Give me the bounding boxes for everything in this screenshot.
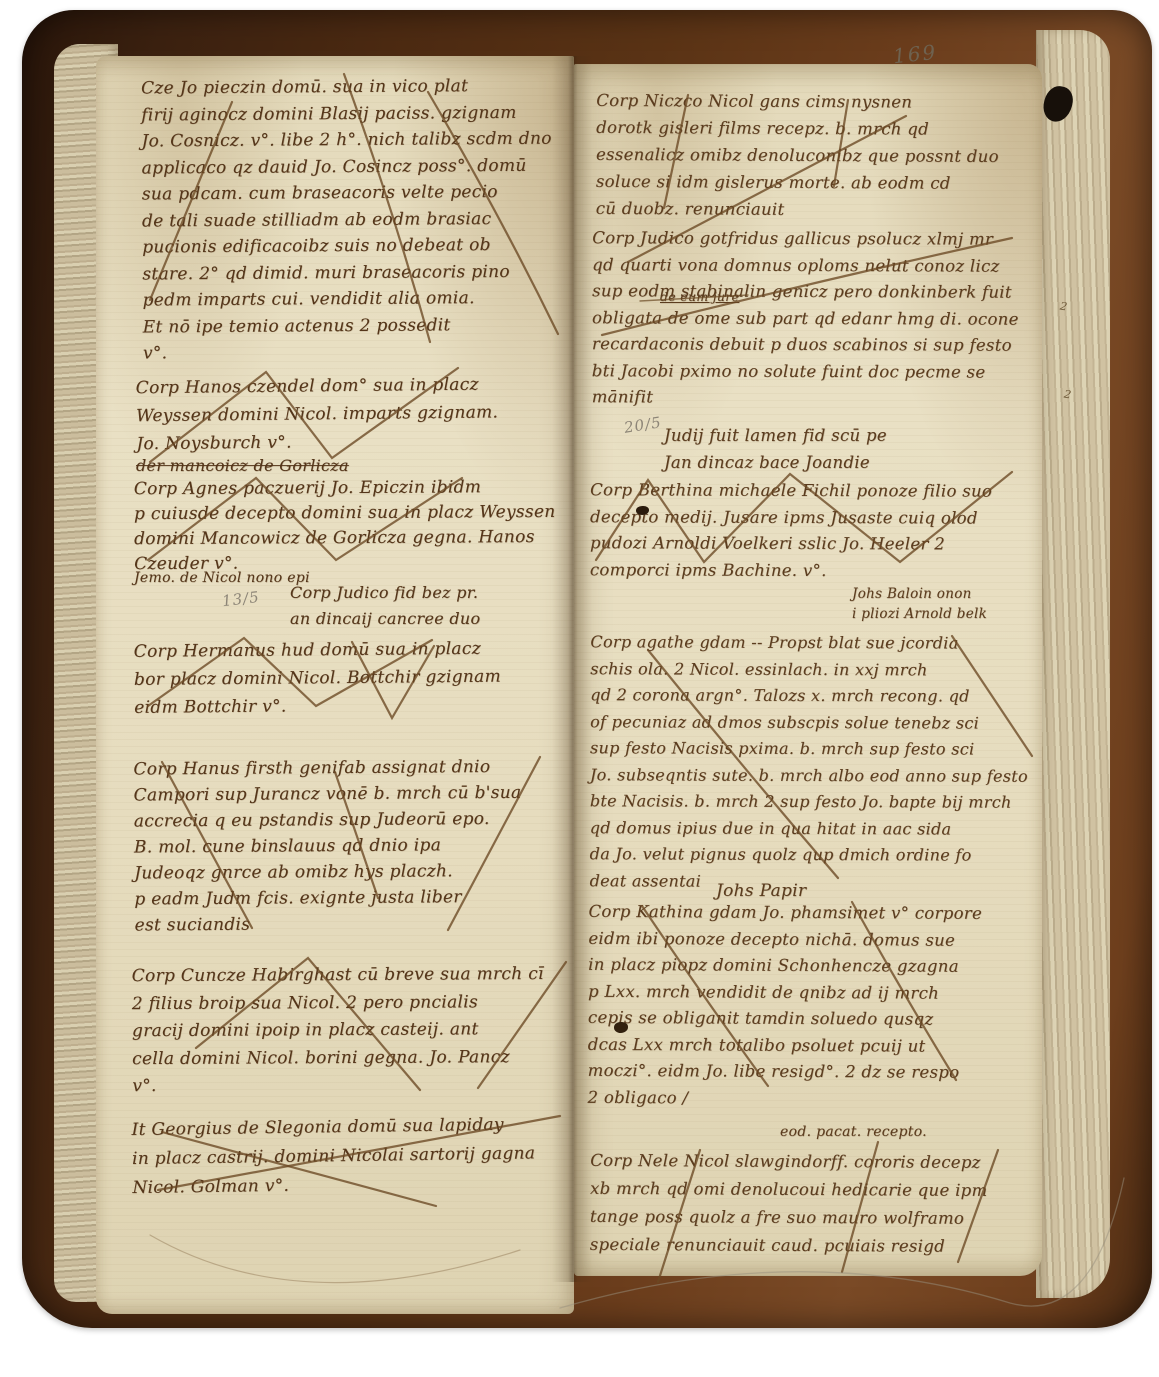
manuscript-entry-right-1: Corp Niczco Nicol gans cims nysnen dorot… (596, 87, 1027, 224)
marginal-note-right: Johs Baloin onon i pliozi Arnold belk (852, 584, 1042, 624)
manuscript-entry-left-2: Corp Hanos czendel dom° sua in placz Wey… (136, 370, 561, 458)
manuscript-book: 169 13/5 20/5 Cze Jo pieczin domū. sua i… (0, 0, 1159, 1377)
manuscript-entry-right-6: Corp agathe gdam -- Propst blat sue jcor… (590, 629, 1039, 896)
manuscript-entry-right-7: Corp Kathina gdam Jo. phamsimet v° corpo… (587, 899, 1034, 1113)
interlinear-note: de eum jure (660, 286, 800, 307)
manuscript-entry-right-2: Corp Judico gotfridus gallicus psolucz x… (592, 225, 1033, 412)
manuscript-entry-right-8: Corp Nele Nicol slawgindorff. cororis de… (590, 1147, 1031, 1261)
entry-heading-2: eod. pacat. recepto. (780, 1122, 1000, 1143)
page-edge-stack-right (1036, 30, 1110, 1298)
manuscript-entry-left-3: Corp Agnes paczuerij Jo. Epiczin ibidm p… (134, 475, 575, 577)
manuscript-entry-left-5: Corp Hermanus hud domū sua in placz bor … (134, 634, 559, 722)
manuscript-entry-right-3: Judij fuit lamen fid scū pe Jan dincaz b… (664, 422, 984, 476)
manuscript-entry-right-4: Corp Berthina michaele Fichil ponoze fil… (590, 477, 1034, 585)
manuscript-entry-left-6: Corp Hanus firsth genifab assignat dnio … (133, 754, 564, 939)
folio-number: 169 (892, 40, 938, 68)
manuscript-entry-left-1: Cze Jo pieczin domū. sua in vico plat fi… (141, 73, 567, 367)
manuscript-entry-left-8: It Georgius de Slegonia domū sua lapiday… (131, 1110, 568, 1203)
manuscript-entry-left-7: Corp Cuncze Habirghast cū breve sua mrch… (132, 961, 569, 1101)
manuscript-entry-left-4: Corp Judico fid bez pr. an dincaij cancr… (290, 580, 550, 632)
